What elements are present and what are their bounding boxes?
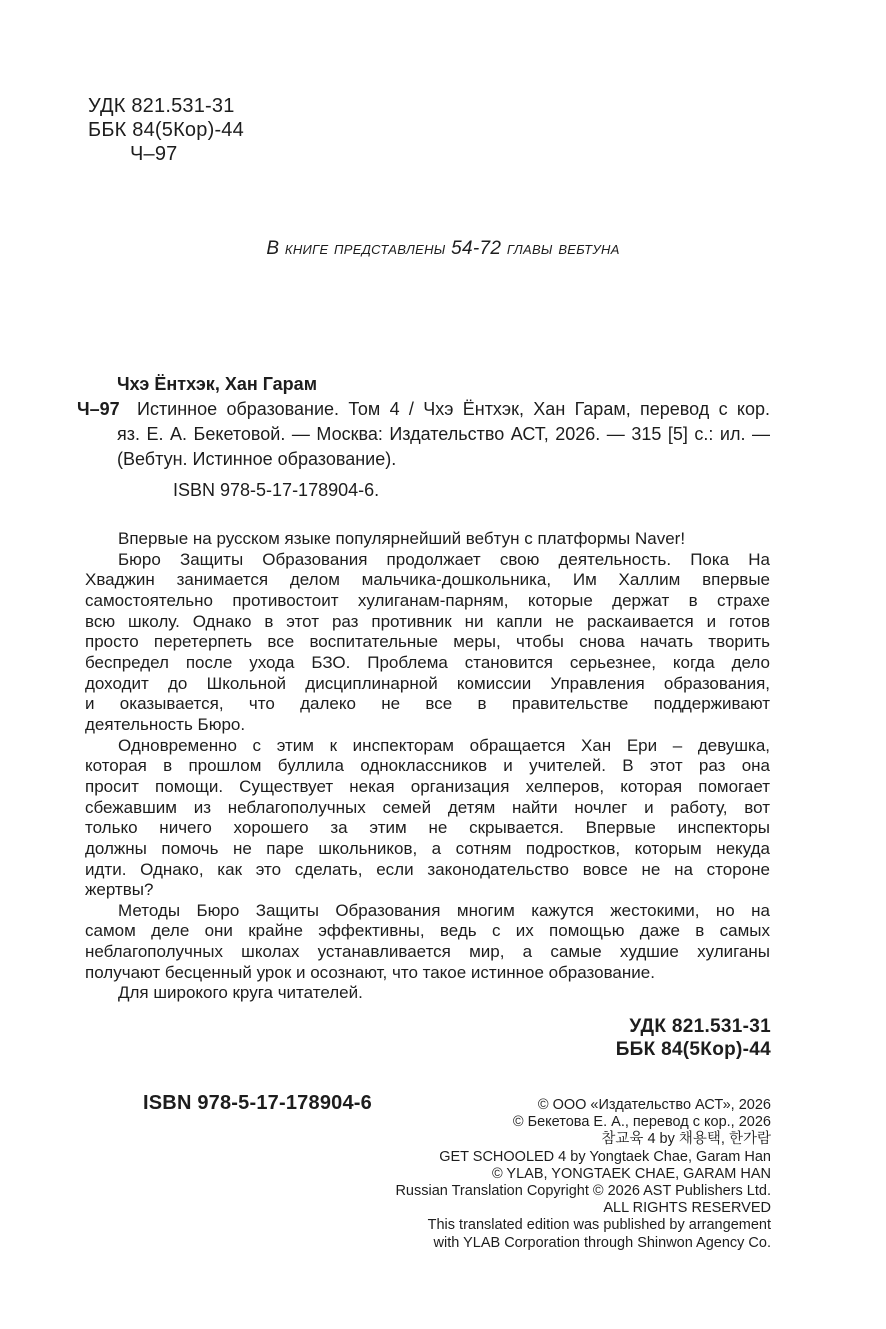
- paragraph-line: идти. Однако, как это сделать, если зако…: [85, 860, 770, 881]
- edition-note: В книге представлены 54-72 главы вебтуна: [0, 238, 886, 260]
- card-author-code: Ч–97: [77, 397, 120, 422]
- paragraph-line: всю школу. Однако в этот раз противник н…: [85, 612, 770, 633]
- paragraph: Бюро Защиты Образования продолжает свою …: [85, 550, 770, 736]
- paragraph-line: самостоятельно противостоит хулиганам-па…: [85, 591, 770, 612]
- copyright-line: ALL RIGHTS RESERVED: [271, 1200, 771, 1217]
- copyright-line: © Бекетова Е. А., перевод с кор., 2026: [271, 1114, 771, 1131]
- card-isbn: ISBN 978-5-17-178904-6.: [173, 480, 379, 501]
- copyright-line: 참교육 4 by 채용택, 한가람: [271, 1131, 771, 1148]
- copyright-block: © ООО «Издательство АСТ», 2026© Бекетова…: [271, 1097, 771, 1252]
- paragraph-line: беспредел после ухода БЗО. Проблема стан…: [85, 653, 770, 674]
- paragraph-line: Хваджин занимается делом мальчика-дошкол…: [85, 570, 770, 591]
- card-entry-line: яз. Е. А. Бекетовой. — Москва: Издательс…: [117, 422, 770, 447]
- copyright-line: © ООО «Издательство АСТ», 2026: [271, 1097, 771, 1114]
- copyright-line: Russian Translation Copyright © 2026 AST…: [271, 1183, 771, 1200]
- paragraph: Методы Бюро Защиты Образования многим ка…: [85, 901, 770, 984]
- bbk-code: ББК 84(5Кор)-44: [88, 118, 244, 142]
- copyright-line: with YLAB Corporation through Shinwon Ag…: [271, 1235, 771, 1252]
- bottom-udk-code: УДК 821.531-31: [616, 1016, 771, 1039]
- bottom-codes-block: УДК 821.531-31 ББК 84(5Кор)-44: [616, 1016, 771, 1061]
- paragraph-line: просит помощи. Существует некая организа…: [85, 777, 770, 798]
- paragraph-line: получают бесценный урок и осознают, что …: [85, 963, 770, 984]
- card-entry-line: Истинное образование. Том 4 / Чхэ Ёнтхэк…: [117, 397, 770, 422]
- annotation-text: Впервые на русском языке популярнейший в…: [85, 529, 770, 1004]
- copyright-line: © YLAB, YONGTAEK CHAE, GARAM HAN: [271, 1166, 771, 1183]
- paragraph-line: должны помочь не паре школьников, а сотн…: [85, 839, 770, 860]
- card-bibliographic-entry: Истинное образование. Том 4 / Чхэ Ёнтхэк…: [117, 397, 770, 472]
- paragraph-line: Бюро Защиты Образования продолжает свою …: [85, 550, 770, 571]
- paragraph-line: деятельность Бюро.: [85, 715, 770, 736]
- imprint-page: УДК 821.531-31 ББК 84(5Кор)-44 Ч–97 В кн…: [0, 0, 886, 1329]
- paragraph-line: самом деле они крайне эффективны, ведь с…: [85, 921, 770, 942]
- card-entry-line: (Вебтун. Истинное образование).: [117, 447, 770, 472]
- paragraph-line: Впервые на русском языке популярнейший в…: [85, 529, 770, 550]
- top-codes-block: УДК 821.531-31 ББК 84(5Кор)-44 Ч–97: [88, 94, 244, 166]
- paragraph-line: сбежавшим из неблагополучных семей детям…: [85, 798, 770, 819]
- paragraph-line: жертвы?: [85, 880, 770, 901]
- paragraph-line: Методы Бюро Защиты Образования многим ка…: [85, 901, 770, 922]
- paragraph-line: просто перетерпеть все воспитательные ме…: [85, 632, 770, 653]
- paragraph-line: Одновременно с этим к инспекторам обраща…: [85, 736, 770, 757]
- paragraph-line: неблагополучных школах устанавливается м…: [85, 942, 770, 963]
- paragraph-line: Для широкого круга читателей.: [85, 983, 770, 1004]
- author-sign-code: Ч–97: [88, 142, 244, 166]
- catalog-card: Ч–97 Чхэ Ёнтхэк, Хан Гарам Истинное обра…: [117, 372, 770, 472]
- paragraph-line: только ничего хорошего за этим не скрыва…: [85, 818, 770, 839]
- paragraph: Для широкого круга читателей.: [85, 983, 770, 1004]
- paragraph: Впервые на русском языке популярнейший в…: [85, 529, 770, 550]
- paragraph-line: которая в прошлом буллила одноклассников…: [85, 756, 770, 777]
- paragraph-line: и оказывается, что далеко не все в прави…: [85, 694, 770, 715]
- copyright-line: This translated edition was published by…: [271, 1217, 771, 1234]
- udk-code: УДК 821.531-31: [88, 94, 244, 118]
- paragraph-line: доходит до Школьной дисциплинарной комис…: [85, 674, 770, 695]
- card-authors: Чхэ Ёнтхэк, Хан Гарам: [117, 372, 770, 397]
- bottom-bbk-code: ББК 84(5Кор)-44: [616, 1039, 771, 1062]
- copyright-line: GET SCHOOLED 4 by Yongtaek Chae, Garam H…: [271, 1149, 771, 1166]
- paragraph: Одновременно с этим к инспекторам обраща…: [85, 736, 770, 901]
